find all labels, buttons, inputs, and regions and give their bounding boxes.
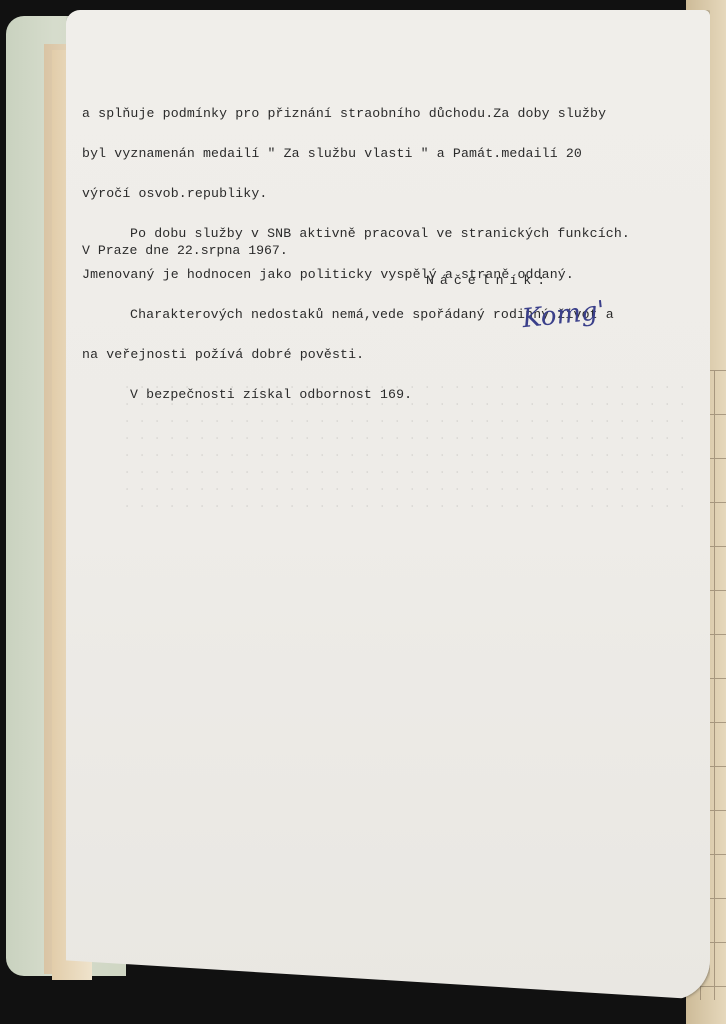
text-line: a splňuje podmínky pro přiznání straobní… [82, 107, 692, 120]
document-page: . . . . . . . . . . . . . . . . . . . . … [66, 10, 710, 1000]
bleed-through-text: . . . . . . . . . . . . . . . . . . . . … [86, 360, 686, 830]
text-line: na veřejnosti požívá dobré pověsti. [82, 348, 692, 361]
place-date: V Praze dne 22.srpna 1967. [82, 243, 288, 258]
text-line: výročí osvob.republiky. [82, 187, 692, 200]
text-line: V bezpečnosti získal odbornost 169. [82, 388, 692, 401]
text-line: Po dobu služby v SNB aktivně pracoval ve… [82, 227, 692, 240]
text-line: byl vyznamenán medailí " Za službu vlast… [82, 147, 692, 160]
signatory-title: Náčelník: [426, 273, 551, 288]
text-line: Jmenovaný je hodnocen jako politicky vys… [82, 268, 692, 281]
